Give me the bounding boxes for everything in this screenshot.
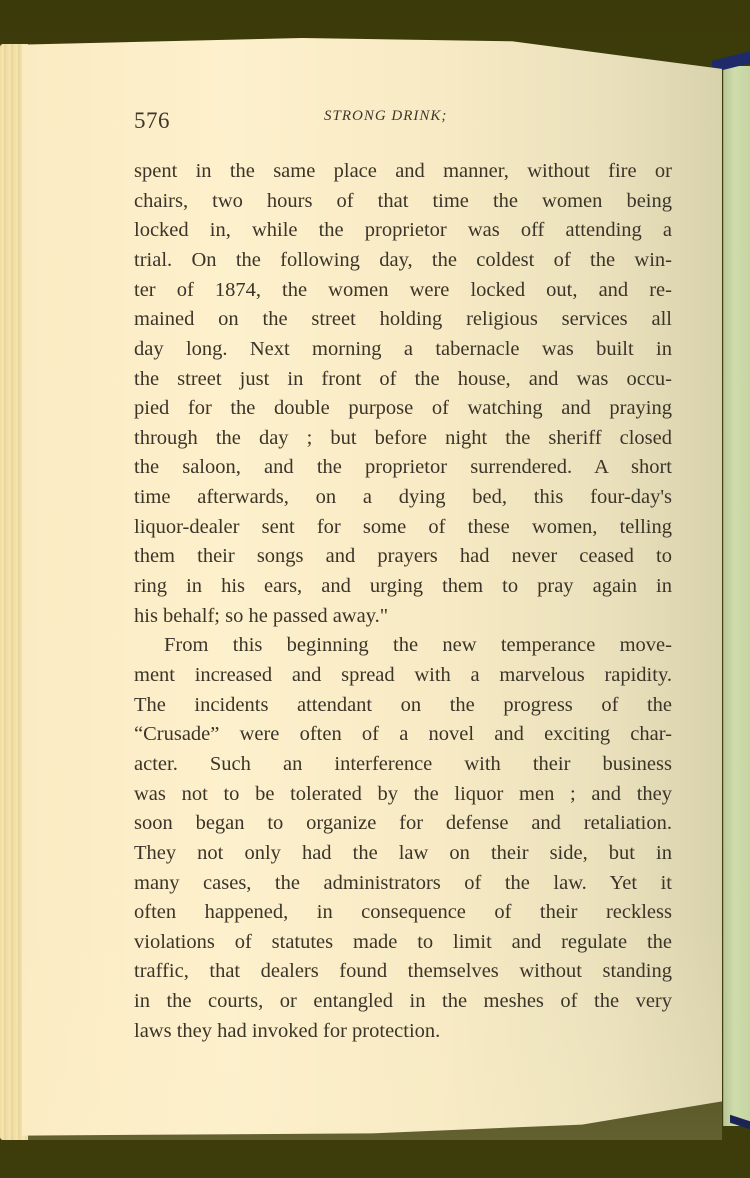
text-line: them their songs and prayers had never c…	[134, 541, 672, 571]
text-line: liquor-dealer sent for some of these wom…	[134, 512, 672, 542]
text-line: many cases, the administrators of the la…	[134, 868, 672, 898]
text-line: the saloon, and the proprietor surrender…	[134, 452, 672, 482]
text-line: laws they had invoked for protection.	[134, 1016, 672, 1046]
page-number: 576	[134, 108, 170, 134]
text-line: time afterwards, on a dying bed, this fo…	[134, 482, 672, 512]
text-line: trial. On the following day, the coldest…	[134, 245, 672, 275]
text-line: “Crusade” were often of a novel and exci…	[134, 719, 672, 749]
text-line: often happened, in consequence of their …	[134, 897, 672, 927]
text-line: ring in his ears, and urging them to pra…	[134, 571, 672, 601]
text-line: day long. Next morning a tabernacle was …	[134, 334, 672, 364]
text-line: mained on the street holding religious s…	[134, 304, 672, 334]
text-line: in the courts, or entangled in the meshe…	[134, 986, 672, 1016]
text-line: pied for the double purpose of watching …	[134, 393, 672, 423]
text-line: They not only had the law on their side,…	[134, 838, 672, 868]
running-head-title: STRONG DRINK;	[324, 108, 447, 125]
text-line: traffic, that dealers found themselves w…	[134, 956, 672, 986]
text-line: through the day ; but before night the s…	[134, 423, 672, 453]
text-line: his behalf; so he passed away."	[134, 601, 672, 631]
paragraph-first-line: From this beginning the new temperance m…	[134, 630, 672, 660]
running-head: 576 STRONG DRINK;	[134, 108, 674, 138]
text-line: was not to be tolerated by the liquor me…	[134, 779, 672, 809]
text-line: violations of statutes made to limit and…	[134, 927, 672, 957]
text-line: soon began to organize for defense and r…	[134, 808, 672, 838]
text-line: spent in the same place and manner, with…	[134, 156, 672, 186]
text-line: chairs, two hours of that time the women…	[134, 186, 672, 216]
text-line: the street just in front of the house, a…	[134, 364, 672, 394]
text-line: ter of 1874, the women were locked out, …	[134, 275, 672, 305]
facing-page-edge	[723, 66, 750, 1126]
text-line: acter. Such an interference with their b…	[134, 749, 672, 779]
text-line: locked in, while the proprietor was off …	[134, 215, 672, 245]
text-line: The incidents attendant on the progress …	[134, 690, 672, 720]
text-line: ment increased and spread with a marvelo…	[134, 660, 672, 690]
